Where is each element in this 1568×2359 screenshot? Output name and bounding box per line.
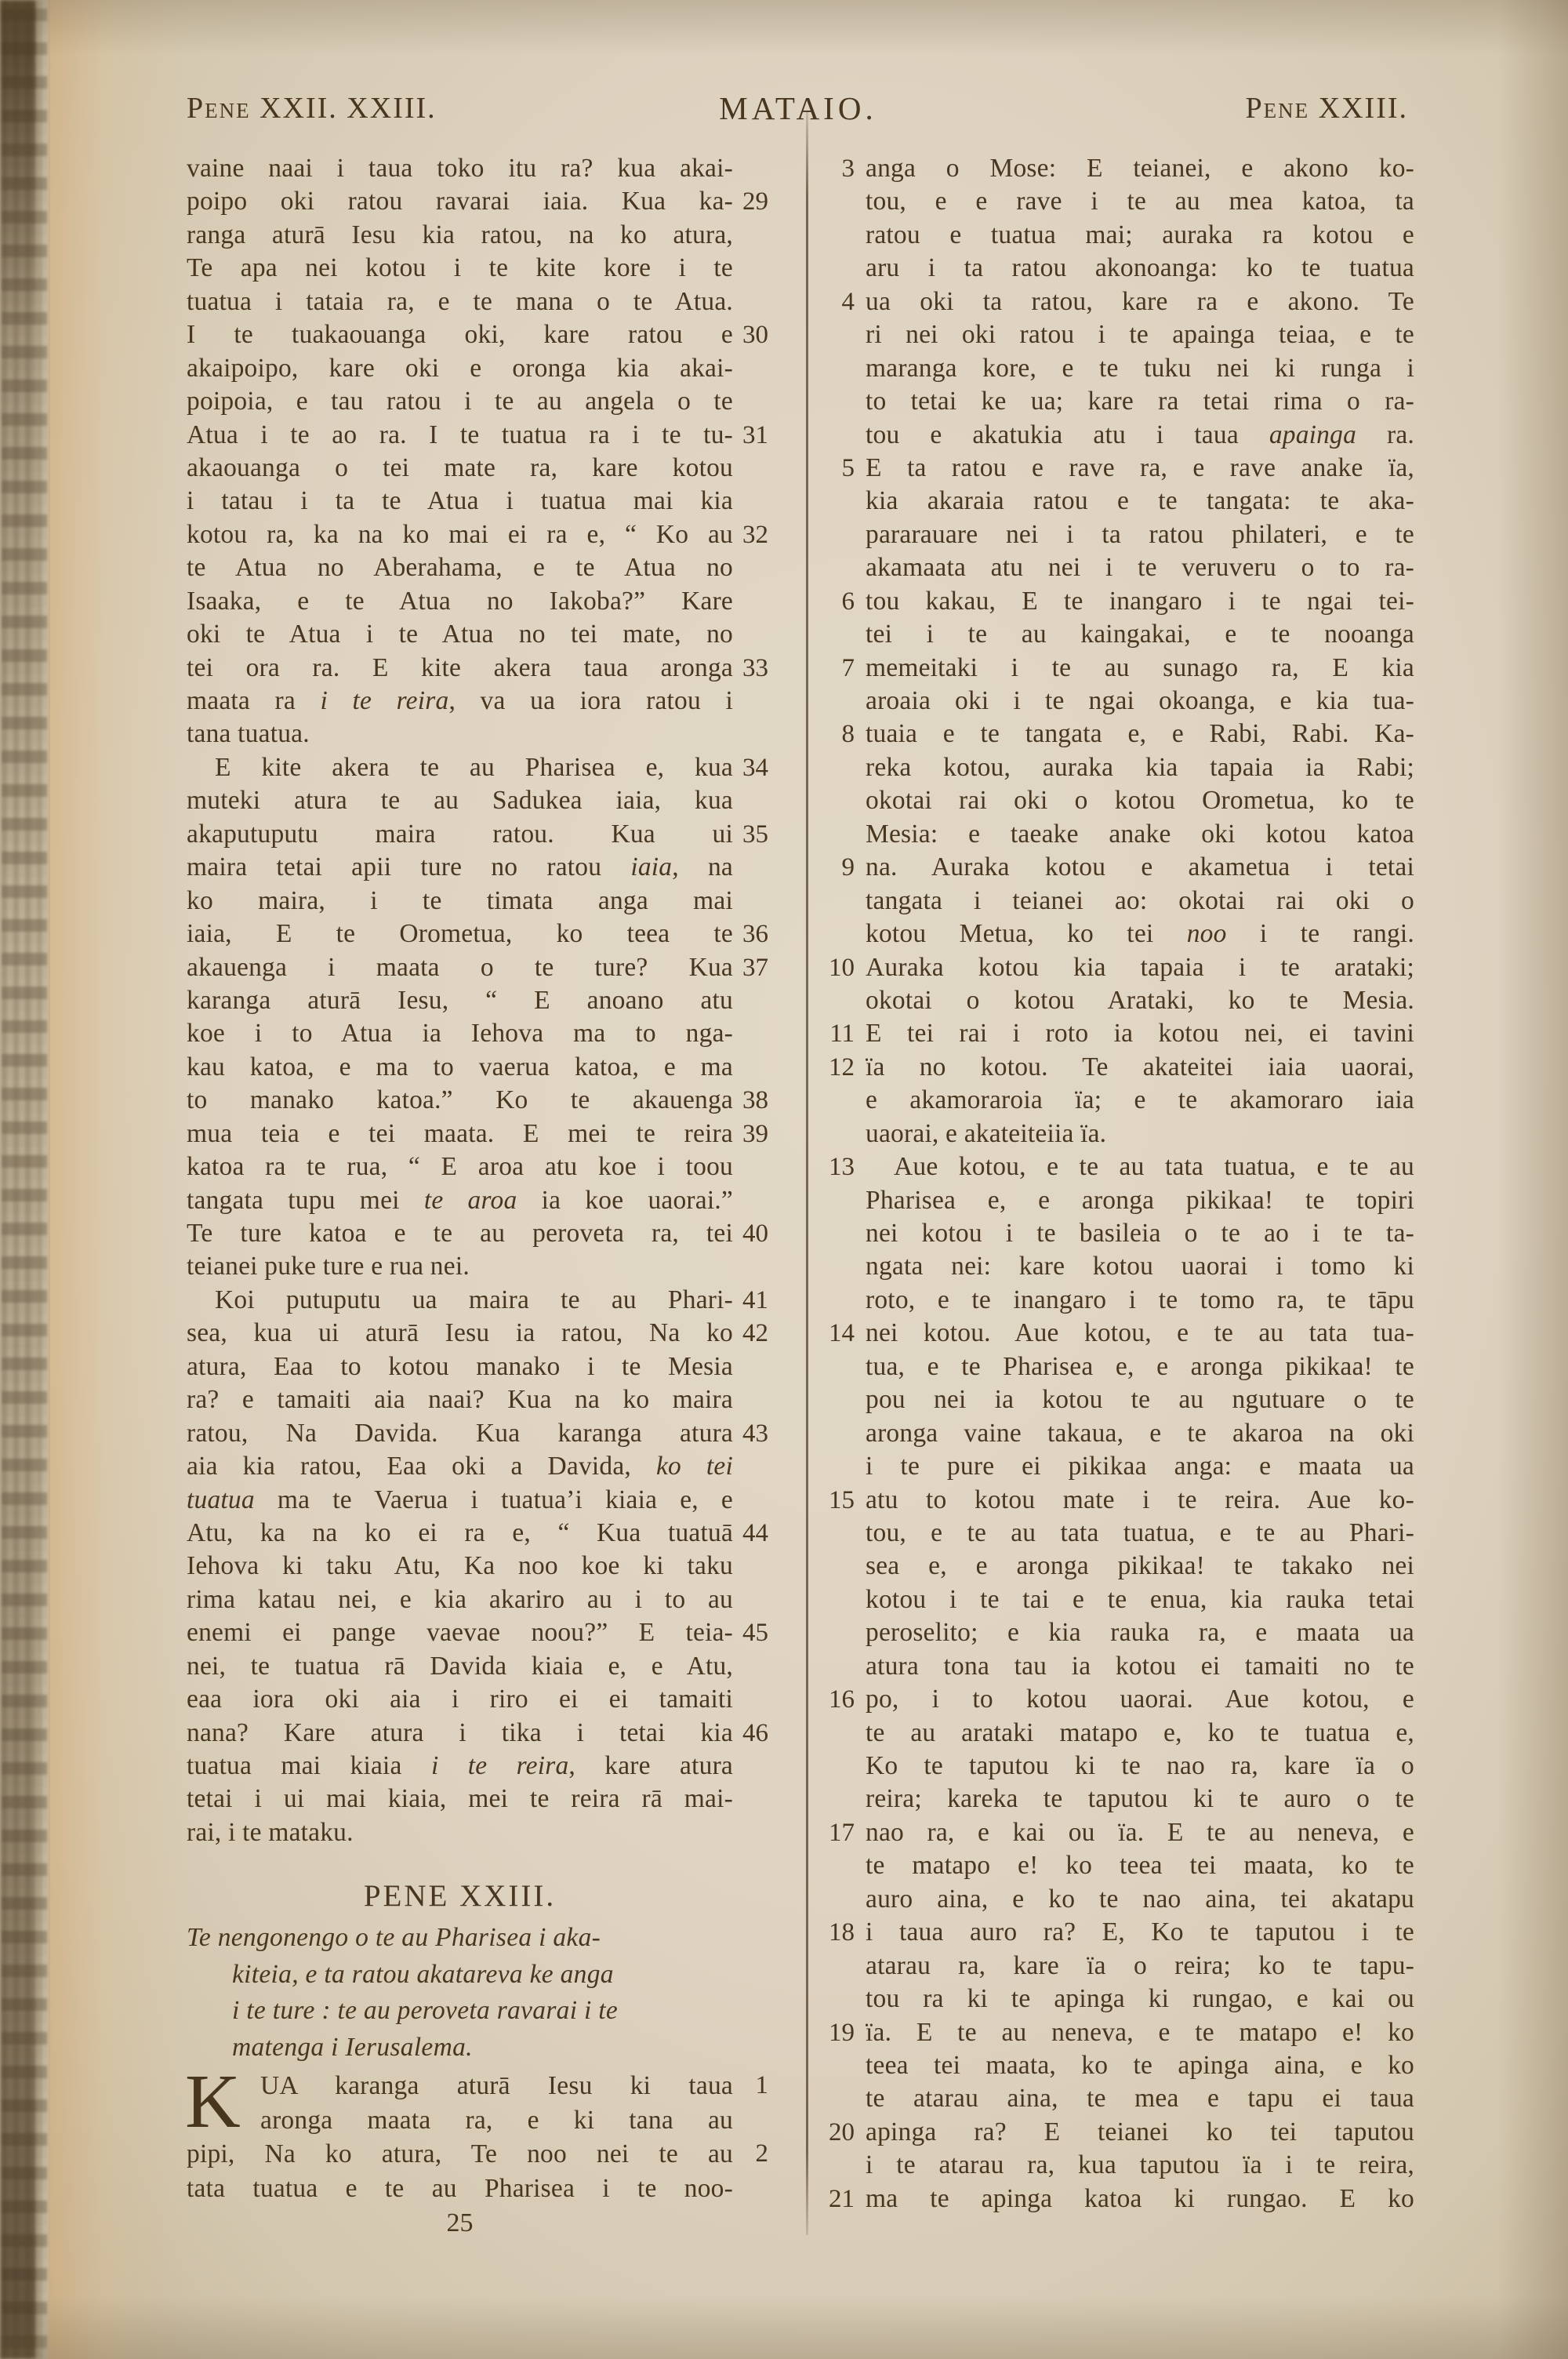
- verse-number: [733, 885, 776, 918]
- verse-text: ratou, Na Davida. Kua karanga atura: [187, 1417, 733, 1450]
- text-line: reira; kareka te taputou ki te auro o te: [812, 1783, 1416, 1816]
- verse-number: [733, 219, 776, 252]
- verse-text: teea tei maata, ko te apinga aina, e ko: [866, 2049, 1414, 2082]
- verse-number: [812, 219, 855, 252]
- verse-number: 20: [812, 2116, 855, 2149]
- verse-number: 11: [812, 1017, 855, 1050]
- verse-text: roto, e te inangaro i te tomo ra, te tāp…: [866, 1284, 1414, 1317]
- verse-text: tetai i ui mai kiaia, mei te reira rā ma…: [187, 1783, 733, 1816]
- text-line: 16po, i to kotou uaorai. Aue kotou, e: [812, 1683, 1416, 1716]
- verse-text: tou, e te au tata tuatua, e te au Phari-: [866, 1517, 1414, 1550]
- verse-number: 31: [733, 419, 776, 452]
- text-line: 8tuaia e te tangata e, e Rabi, Rabi. Ka-: [812, 718, 1416, 751]
- verse-text: ïa. E te au neneva, e te matapo e! ko: [866, 2016, 1414, 2049]
- verse-text: ïa no kotou. Te akateitei iaia uaorai,: [866, 1051, 1414, 1084]
- text-line: ko maira, i te timata anga mai: [187, 885, 784, 918]
- verse-number: [733, 485, 776, 518]
- verse-text: i te pure ei pikikaa anga: e maata ua: [866, 1450, 1414, 1483]
- text-line: pipi, Na ko atura, Te noo nei te au2: [187, 2137, 784, 2172]
- text-line: i te pure ei pikikaa anga: e maata ua: [812, 1450, 1416, 1483]
- text-line: ra? e tamaiti aia naai? Kua na ko maira: [187, 1383, 784, 1416]
- running-head-title: MATAIO.: [187, 89, 1410, 127]
- text-line: Iehova ki taku Atu, Ka noo koe ki taku: [187, 1550, 784, 1583]
- text-line: 13Aue kotou, e te au tata tuatua, e te a…: [812, 1150, 1416, 1183]
- verse-text: pararauare nei i ta ratou philateri, e t…: [866, 518, 1414, 551]
- text-line: peroselito; e kia rauka ra, e maata ua: [812, 1616, 1416, 1649]
- verse-text: Koi putuputu ua maira te au Phari-: [187, 1284, 733, 1317]
- verse-number: 36: [733, 918, 776, 951]
- text-line: eaa iora oki aia i riro ei ei tamaiti: [187, 1683, 784, 1716]
- verse-number: [812, 551, 855, 584]
- text-line: nei kotou i te basileia o te ao i te ta-: [812, 1217, 1416, 1250]
- verse-number: [812, 2049, 855, 2082]
- text-line: Mesia: e taeake anake oki kotou katoa: [812, 818, 1416, 851]
- verse-number: [812, 784, 855, 817]
- text-line: Isaaka, e te Atua no Iakoba?” Kare: [187, 585, 784, 618]
- chapter-opening-paragraph: K UA karanga aturā Iesu ki taua1aronga m…: [187, 2069, 784, 2205]
- text-line: atura tona tau ia kotou ei tamaiti no te: [812, 1650, 1416, 1683]
- verse-number: [812, 1450, 855, 1483]
- verse-number: [812, 1583, 855, 1616]
- verse-number: 1: [733, 2069, 776, 2103]
- text-line: tou, e te au tata tuatua, e te au Phari-: [812, 1517, 1416, 1550]
- verse-text: karanga aturā Iesu, “ E anoano atu: [187, 984, 733, 1017]
- verse-text: katoa ra te rua, “ E aroa atu koe i toou: [187, 1150, 733, 1183]
- verse-text: tou kakau, E te inangaro i te ngai tei-: [866, 585, 1414, 618]
- verse-text: maranga kore, e te tuku nei ki runga i: [866, 352, 1414, 385]
- verse-text: kau katoa, e ma to vaerua katoa, e ma: [187, 1051, 733, 1084]
- text-line: Ko te taputou ki te nao ra, kare ïa o: [812, 1750, 1416, 1783]
- text-line: tou, e e rave i te au mea katoa, ta: [812, 185, 1416, 218]
- verse-number: [733, 1383, 776, 1416]
- text-line: ratou, Na Davida. Kua karanga atura43: [187, 1417, 784, 1450]
- verse-number: [812, 1783, 855, 1816]
- text-line: akamaata atu nei i te veruveru o to ra-: [812, 551, 1416, 584]
- text-line: 9na. Auraka kotou e akametua i tetai: [812, 851, 1416, 884]
- text-line: aronga maata ra, e ki tana au: [187, 2103, 784, 2138]
- text-line: Atua i te ao ra. I te tuatua ra i te tu-…: [187, 419, 784, 452]
- verse-text: atura tona tau ia kotou ei tamaiti no te: [866, 1650, 1414, 1683]
- verse-number: [812, 2082, 855, 2115]
- chapter-summary: Te nengonengo o te au Pharisea i aka-kit…: [187, 1920, 720, 2066]
- verse-text: apinga ra? E teianei ko tei taputou: [866, 2116, 1414, 2149]
- verse-number: [812, 1849, 855, 1882]
- text-line: maranga kore, e te tuku nei ki runga i: [812, 352, 1416, 385]
- verse-text: ngata nei: kare kotou uaorai i tomo ki: [866, 1250, 1414, 1283]
- text-line: 5E ta ratou e rave ra, e rave anake ïa,: [812, 452, 1416, 485]
- text-line: 17nao ra, e kai ou ïa. E te au neneva, e: [812, 1816, 1416, 1849]
- verse-number: 40: [733, 1217, 776, 1250]
- verse-number: 8: [812, 718, 855, 751]
- verse-number: [812, 1118, 855, 1150]
- facing-page-edge: [0, 0, 50, 2359]
- text-line: reka kotou, auraka kia tapaia ia Rabi;: [812, 751, 1416, 784]
- verse-text: kotou Metua, ko tei noo i te rangi.: [866, 918, 1414, 951]
- verse-number: [733, 1184, 776, 1217]
- verse-number: [733, 984, 776, 1017]
- verse-number: 34: [733, 751, 776, 784]
- text-line: 19ïa. E te au neneva, e te matapo e! ko: [812, 2016, 1416, 2049]
- text-line: oki te Atua i te Atua no tei mate, no: [187, 618, 784, 651]
- text-line: ngata nei: kare kotou uaorai i tomo ki: [812, 1250, 1416, 1283]
- verse-number: [812, 1250, 855, 1283]
- verse-number: [812, 885, 855, 918]
- text-line: nana? Kare atura i tika i tetai kia46: [187, 1717, 784, 1750]
- verse-number: 41: [733, 1284, 776, 1317]
- verse-number: [812, 618, 855, 651]
- verse-text: nei, te tuatua rā Davida kiaia e, e Atu,: [187, 1650, 733, 1683]
- text-line: Atu, ka na ko ei ra e, “ Kua tuatuā44: [187, 1517, 784, 1550]
- verse-number: 30: [733, 318, 776, 351]
- verse-number: 5: [812, 452, 855, 485]
- verse-text: akauenga i maata o te ture? Kua: [187, 951, 733, 984]
- drop-cap-initial: K: [185, 2066, 256, 2138]
- verse-text: aronga maata ra, e ki tana au: [187, 2103, 733, 2138]
- verse-text: tuaia e te tangata e, e Rabi, Rabi. Ka-: [866, 718, 1414, 751]
- text-line: rima katau nei, e kia akariro au i to au: [187, 1583, 784, 1616]
- verse-text: poipoia, e tau ratou i te au angela o te: [187, 385, 733, 418]
- verse-number: [733, 551, 776, 584]
- text-line: auro aina, e ko te nao aina, tei akatapu: [812, 1883, 1416, 1916]
- text-line: tua, e te Pharisea e, e aronga pikikaa! …: [812, 1350, 1416, 1383]
- verse-text: i te atarau ra, kua taputou ïa i te reir…: [866, 2149, 1414, 2182]
- verse-text: to manako katoa.” Ko te akauenga: [187, 1084, 733, 1117]
- text-line: enemi ei pange vaevae noou?” E teia-45: [187, 1616, 784, 1649]
- text-line: 15atu to kotou mate i te reira. Aue ko-: [812, 1484, 1416, 1517]
- text-line: kau katoa, e ma to vaerua katoa, e ma: [187, 1051, 784, 1084]
- verse-text: akaouanga o tei mate ra, kare kotou: [187, 452, 733, 485]
- verse-text: to tetai ke ua; kare ra tetai rima o ra-: [866, 385, 1414, 418]
- text-line: Te ture katoa e te au peroveta ra, tei40: [187, 1217, 784, 1250]
- text-line: roto, e te inangaro i te tomo ra, te tāp…: [812, 1284, 1416, 1317]
- verse-text: memeitaki i te au sunago ra, E kia: [866, 652, 1414, 685]
- verse-text: tou e akatukia atu i taua apainga ra.: [866, 419, 1414, 452]
- verse-text: ua oki ta ratou, kare ra e akono. Te: [866, 285, 1414, 318]
- verse-number: [812, 818, 855, 851]
- verse-text: akaipoipo, kare oki e oronga kia akai-: [187, 352, 733, 385]
- verse-text: atarau ra, kare ïa o reira; ko te tapu-: [866, 1950, 1414, 1983]
- text-line: 20apinga ra? E teianei ko tei taputou: [812, 2116, 1416, 2149]
- text-line: tata tuatua e te au Pharisea i te noo-: [187, 2172, 784, 2206]
- verse-number: [812, 185, 855, 218]
- verse-number: 2: [733, 2137, 776, 2172]
- verse-text: te atarau aina, te mea e tapu ei taua: [866, 2082, 1414, 2115]
- verse-text: kia akaraia ratou e te tangata: te aka-: [866, 485, 1414, 518]
- text-line: Pharisea e, e aronga pikikaa! te topiri: [812, 1184, 1416, 1217]
- verse-number: [733, 1650, 776, 1683]
- text-line: akaouanga o tei mate ra, kare kotou: [187, 452, 784, 485]
- verse-text: Atua i te ao ra. I te tuatua ra i te tu-: [187, 419, 733, 452]
- verse-text: sea, kua ui aturā Iesu ia ratou, Na ko: [187, 1317, 733, 1350]
- verse-number: 19: [812, 2016, 855, 2049]
- text-line: poipoia, e tau ratou i te au angela o te: [187, 385, 784, 418]
- verse-text: tou ra ki te apinga ki rungao, e kai ou: [866, 1983, 1414, 2016]
- verse-text: eaa iora oki aia i riro ei ei tamaiti: [187, 1683, 733, 1716]
- verse-text: UA karanga aturā Iesu ki taua: [187, 2069, 733, 2103]
- verse-text: tuatua mai kiaia i te reira, kare atura: [187, 1750, 733, 1783]
- verse-text: I te tuakaouanga oki, kare ratou e: [187, 318, 733, 351]
- text-line: teea tei maata, ko te apinga aina, e ko: [812, 2049, 1416, 2082]
- verse-number: 43: [733, 1417, 776, 1450]
- verse-text: Mesia: e taeake anake oki kotou katoa: [866, 818, 1414, 851]
- verse-number: [812, 1217, 855, 1250]
- text-line: te au arataki matapo e, ko te tuatua e,: [812, 1717, 1416, 1750]
- text-line: 6tou kakau, E te inangaro i te ngai tei-: [812, 585, 1416, 618]
- chapter-summary-line: kiteia, e ta ratou akatareva ke anga: [187, 1957, 720, 1994]
- verse-text: tangata tupu mei te aroa ia koe uaorai.”: [187, 1184, 733, 1217]
- text-line: 11E tei rai i roto ia kotou nei, ei tavi…: [812, 1017, 1416, 1050]
- verse-text: nei kotou. Aue kotou, e te au tata tua-: [866, 1317, 1414, 1350]
- verse-text: uaorai, e akateiteiia ïa.: [866, 1118, 1414, 1150]
- chapter-summary-line: matenga i Ierusalema.: [187, 2030, 720, 2066]
- verse-number: [812, 1950, 855, 1983]
- verse-text: anga o Mose: E teianei, e akono ko-: [866, 152, 1414, 185]
- verse-number: [812, 984, 855, 1017]
- verse-text: ma te apinga katoa ki rungao. E ko: [866, 2183, 1414, 2215]
- verse-text: akaputuputu maira ratou. Kua ui: [187, 818, 733, 851]
- verse-number: 3: [812, 152, 855, 185]
- text-line: UA karanga aturā Iesu ki taua1: [187, 2069, 784, 2103]
- verse-number: 29: [733, 185, 776, 218]
- verse-number: [812, 1184, 855, 1217]
- verse-text: Atu, ka na ko ei ra e, “ Kua tuatuā: [187, 1517, 733, 1550]
- verse-text: tata tuatua e te au Pharisea i te noo-: [187, 2172, 733, 2206]
- right-column-verse-lines: 3anga o Mose: E teianei, e akono ko-tou,…: [812, 152, 1416, 2215]
- verse-number: [733, 352, 776, 385]
- verse-text: Pharisea e, e aronga pikikaa! te topiri: [866, 1184, 1414, 1217]
- verse-number: [812, 419, 855, 452]
- verse-text: mua teia e tei maata. E mei te reira: [187, 1118, 733, 1150]
- text-line: I te tuakaouanga oki, kare ratou e30: [187, 318, 784, 351]
- verse-number: [812, 1350, 855, 1383]
- verse-text: poipo oki ratou ravarai iaia. Kua ka-: [187, 185, 733, 218]
- text-line: vaine naai i taua toko itu ra? kua akai-: [187, 152, 784, 185]
- text-line: aronga vaine takaua, e te akaroa na oki: [812, 1417, 1416, 1450]
- text-line: tana tuatua.: [187, 718, 784, 751]
- verse-number: 12: [812, 1051, 855, 1084]
- verse-number: [733, 851, 776, 884]
- verse-text: i tatau i ta te Atua i tuatua mai kia: [187, 485, 733, 518]
- text-line: pou nei ia kotou te au ngutuare o te: [812, 1383, 1416, 1416]
- verse-text: rai, i te mataku.: [187, 1816, 733, 1849]
- text-line: teianei puke ture e rua nei.: [187, 1250, 784, 1283]
- verse-text: ratou e tuatua mai; auraka ra kotou e: [866, 219, 1414, 252]
- text-line: te matapo e! ko teea tei maata, ko te: [812, 1849, 1416, 1882]
- verse-number: 37: [733, 951, 776, 984]
- text-line: tuatua mai kiaia i te reira, kare atura: [187, 1750, 784, 1783]
- verse-number: 4: [812, 285, 855, 318]
- verse-number: [812, 485, 855, 518]
- verse-number: [733, 252, 776, 285]
- text-line: kotou ra, ka na ko mai ei ra e, “ Ko au3…: [187, 518, 784, 551]
- verse-number: 17: [812, 1816, 855, 1849]
- verse-text: Iehova ki taku Atu, Ka noo koe ki taku: [187, 1550, 733, 1583]
- verse-text: teianei puke ture e rua nei.: [187, 1250, 733, 1283]
- text-line: 10Auraka kotou kia tapaia i te arataki;: [812, 951, 1416, 984]
- text-line: tuatua ma te Vaerua i tuatua’i kiaia e, …: [187, 1484, 784, 1517]
- text-line: uaorai, e akateiteiia ïa.: [812, 1118, 1416, 1150]
- verse-number: 33: [733, 652, 776, 685]
- verse-text: tangata i teianei ao: okotai rai oki o: [866, 885, 1414, 918]
- verse-text: akamaata atu nei i te veruveru o to ra-: [866, 551, 1414, 584]
- verse-text: reka kotou, auraka kia tapaia ia Rabi;: [866, 751, 1414, 784]
- verse-number: [733, 1783, 776, 1816]
- verse-text: atura, Eaa to kotou manako i te Mesia: [187, 1350, 733, 1383]
- verse-number: 18: [812, 1916, 855, 1949]
- verse-number: [733, 2172, 776, 2206]
- text-line: kia akaraia ratou e te tangata: te aka-: [812, 485, 1416, 518]
- text-line: ratou e tuatua mai; auraka ra kotou e: [812, 219, 1416, 252]
- text-line: tetai i ui mai kiaia, mei te reira rā ma…: [187, 1783, 784, 1816]
- verse-text: reira; kareka te taputou ki te auro o te: [866, 1783, 1414, 1816]
- verse-number: [733, 618, 776, 651]
- verse-number: [733, 1017, 776, 1050]
- verse-text: na. Auraka kotou e akametua i tetai: [866, 851, 1414, 884]
- verse-number: [733, 385, 776, 418]
- text-line: poipo oki ratou ravarai iaia. Kua ka-29: [187, 185, 784, 218]
- verse-number: [733, 585, 776, 618]
- text-line: te atarau aina, te mea e tapu ei taua: [812, 2082, 1416, 2115]
- verse-text: tua, e te Pharisea e, e aronga pikikaa! …: [866, 1350, 1414, 1383]
- verse-text: muteki atura te au Sadukea iaia, kua: [187, 784, 733, 817]
- text-line: ranga aturā Iesu kia ratou, na ko atura,: [187, 219, 784, 252]
- verse-number: [733, 2103, 776, 2138]
- verse-text: kotou ra, ka na ko mai ei ra e, “ Ko au: [187, 518, 733, 551]
- verse-number: 35: [733, 818, 776, 851]
- verse-text: maata ra i te reira, va ua iora ratou i: [187, 685, 733, 718]
- verse-number: [733, 452, 776, 485]
- left-column: vaine naai i taua toko itu ra? kua akai-…: [187, 152, 784, 2205]
- running-head: Pene XXII. XXIII. MATAIO. Pene XXIII.: [187, 91, 1410, 133]
- text-line: sea, kua ui aturā Iesu ia ratou, Na ko42: [187, 1317, 784, 1350]
- text-line: muteki atura te au Sadukea iaia, kua: [187, 784, 784, 817]
- verse-number: [733, 718, 776, 751]
- text-line: to tetai ke ua; kare ra tetai rima o ra-: [812, 385, 1416, 418]
- verse-text: pipi, Na ko atura, Te noo nei te au: [187, 2137, 733, 2172]
- verse-text: E tei rai i roto ia kotou nei, ei tavini: [866, 1017, 1414, 1050]
- text-line: 18i taua auro ra? E, Ko te taputou i te: [812, 1916, 1416, 1949]
- text-line: okotai rai oki o kotou Orometua, ko te: [812, 784, 1416, 817]
- text-line: 3anga o Mose: E teianei, e akono ko-: [812, 152, 1416, 185]
- verse-number: [733, 1484, 776, 1517]
- verse-text: koe i to Atua ia Iehova ma to nga-: [187, 1017, 733, 1050]
- text-line: to manako katoa.” Ko te akauenga38: [187, 1084, 784, 1117]
- verse-number: [812, 1417, 855, 1450]
- verse-number: 9: [812, 851, 855, 884]
- verse-text: okotai rai oki o kotou Orometua, ko te: [866, 784, 1414, 817]
- verse-text: ko maira, i te timata anga mai: [187, 885, 733, 918]
- verse-text: e akamoraroia ïa; e te akamoraro iaia: [866, 1084, 1414, 1117]
- verse-number: 15: [812, 1484, 855, 1517]
- verse-text: nei kotou i te basileia o te ao i te ta-: [866, 1217, 1414, 1250]
- text-line: aru i ta ratou akonoanga: ko te tuatua: [812, 252, 1416, 285]
- verse-number: [812, 1284, 855, 1317]
- verse-number: 14: [812, 1317, 855, 1350]
- verse-number: 32: [733, 518, 776, 551]
- verse-text: tuatua ma te Vaerua i tuatua’i kiaia e, …: [187, 1484, 733, 1517]
- text-line: E kite akera te au Pharisea e, kua34: [187, 751, 784, 784]
- text-line: maira tetai apii ture no ratou iaia, na: [187, 851, 784, 884]
- text-line: akauenga i maata o te ture? Kua37: [187, 951, 784, 984]
- verse-number: [733, 1450, 776, 1483]
- verse-text: oki te Atua i te Atua no tei mate, no: [187, 618, 733, 651]
- text-line: tuatua i tataia ra, e te mana o te Atua.: [187, 285, 784, 318]
- verse-number: [733, 1583, 776, 1616]
- verse-number: 44: [733, 1517, 776, 1550]
- verse-number: [812, 1616, 855, 1649]
- verse-text: atu to kotou mate i te reira. Aue ko-: [866, 1484, 1414, 1517]
- text-line: tei i te au kaingakai, e te nooanga: [812, 618, 1416, 651]
- text-line: te Atua no Aberahama, e te Atua no: [187, 551, 784, 584]
- text-line: mua teia e tei maata. E mei te reira39: [187, 1118, 784, 1150]
- text-line: katoa ra te rua, “ E aroa atu koe i toou: [187, 1150, 784, 1183]
- verse-text: sea e, e aronga pikikaa! te takako nei: [866, 1550, 1414, 1583]
- verse-number: [812, 918, 855, 951]
- text-line: i tatau i ta te Atua i tuatua mai kia: [187, 485, 784, 518]
- spine-shadow: [0, 0, 36, 2359]
- verse-text: enemi ei pange vaevae noou?” E teia-: [187, 1616, 733, 1649]
- gutter-shadow: [49, 0, 186, 2359]
- text-line: atura, Eaa to kotou manako i te Mesia: [187, 1350, 784, 1383]
- verse-number: [733, 152, 776, 185]
- verse-number: [733, 1550, 776, 1583]
- verse-text: okotai o kotou Arataki, ko te Mesia.: [866, 984, 1414, 1017]
- verse-text: te Atua no Aberahama, e te Atua no: [187, 551, 733, 584]
- scanned-page-photo: Pene XXII. XXIII. MATAIO. Pene XXIII. va…: [0, 0, 1568, 2359]
- text-line: iaia, E te Orometua, ko teea te36: [187, 918, 784, 951]
- text-line: aroaia oki i te ngai okoanga, e kia tua-: [812, 685, 1416, 718]
- text-line: e akamoraroia ïa; e te akamoraro iaia: [812, 1084, 1416, 1117]
- verse-number: 10: [812, 951, 855, 984]
- verse-text: nana? Kare atura i tika i tetai kia: [187, 1717, 733, 1750]
- text-line: tangata tupu mei te aroa ia koe uaorai.”: [187, 1184, 784, 1217]
- verse-number: [733, 1250, 776, 1283]
- verse-text: vaine naai i taua toko itu ra? kua akai-: [187, 152, 733, 185]
- verse-text: aroaia oki i te ngai okoanga, e kia tua-: [866, 685, 1414, 718]
- text-line: atarau ra, kare ïa o reira; ko te tapu-: [812, 1950, 1416, 1983]
- verse-text: auro aina, e ko te nao aina, tei akatapu: [866, 1883, 1414, 1916]
- running-head-right: Pene XXIII.: [1246, 91, 1408, 125]
- verse-text: aia kia ratou, Eaa oki a Davida, ko tei: [187, 1450, 733, 1483]
- verse-text: po, i to kotou uaorai. Aue kotou, e: [866, 1683, 1414, 1716]
- chapter-heading: PENE XXIII.: [187, 1877, 733, 1915]
- verse-number: [733, 685, 776, 718]
- verse-number: [733, 1051, 776, 1084]
- verse-number: [733, 1150, 776, 1183]
- text-line: Te apa nei kotou i te kite kore i te: [187, 252, 784, 285]
- text-line: akaputuputu maira ratou. Kua ui35: [187, 818, 784, 851]
- text-line: 7memeitaki i te au sunago ra, E kia: [812, 652, 1416, 685]
- verse-text: tou, e e rave i te au mea katoa, ta: [866, 185, 1414, 218]
- text-line: tou e akatukia atu i taua apainga ra.: [812, 419, 1416, 452]
- verse-text: rima katau nei, e kia akariro au i to au: [187, 1583, 733, 1616]
- verse-number: [733, 1816, 776, 1849]
- verse-text: peroselito; e kia rauka ra, e maata ua: [866, 1616, 1414, 1649]
- verse-text: ri nei oki ratou i te apainga teiaa, e t…: [866, 318, 1414, 351]
- verse-number: [812, 1717, 855, 1750]
- verse-text: tei ora ra. E kite akera taua aronga: [187, 652, 733, 685]
- text-line: pararauare nei i ta ratou philateri, e t…: [812, 518, 1416, 551]
- verse-text: pou nei ia kotou te au ngutuare o te: [866, 1383, 1414, 1416]
- text-line: tei ora ra. E kite akera taua aronga33: [187, 652, 784, 685]
- verse-number: [812, 1883, 855, 1916]
- text-line: Koi putuputu ua maira te au Phari-41: [187, 1284, 784, 1317]
- verse-number: [812, 518, 855, 551]
- verse-number: [733, 1750, 776, 1783]
- verse-text: i taua auro ra? E, Ko te taputou i te: [866, 1916, 1414, 1949]
- verse-number: 13: [812, 1150, 855, 1183]
- text-line: i te atarau ra, kua taputou ïa i te reir…: [812, 2149, 1416, 2182]
